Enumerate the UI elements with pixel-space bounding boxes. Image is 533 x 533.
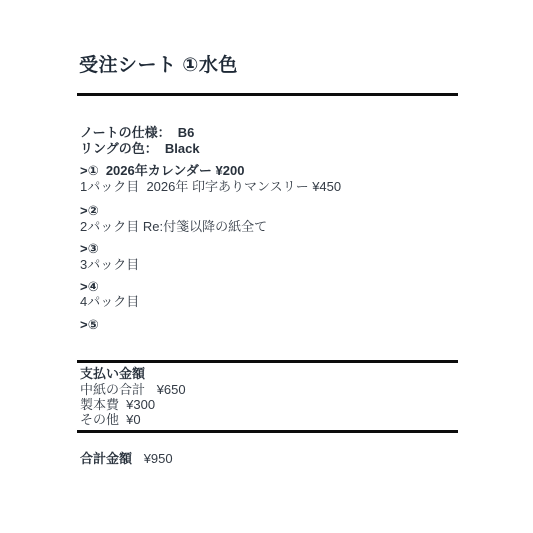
spec-ring: リングの色：Black xyxy=(80,141,200,157)
spec-ring-label: リングの色： xyxy=(80,141,158,156)
item-5-heading: >⑤ xyxy=(80,317,99,333)
spec-notebook-value: B6 xyxy=(178,125,195,140)
payment-row-other-label: その他 xyxy=(80,412,119,427)
item-1-detail: 1パック目 2026年 印字ありマンスリー ¥450 xyxy=(80,179,341,195)
payment-row-other-value: ¥0 xyxy=(126,412,140,427)
item-2-detail: 2パック目 Re:付箋以降の紙全て xyxy=(80,219,267,235)
spec-ring-value: Black xyxy=(165,141,200,156)
spec-notebook: ノートの仕様：B6 xyxy=(80,125,194,141)
page-title: 受注シート ①水色 xyxy=(79,55,238,77)
total-line: 合計金額¥950 xyxy=(80,451,173,467)
payment-row-binding-label: 製本費 xyxy=(80,397,119,412)
payment-row-binding-value: ¥300 xyxy=(126,397,155,412)
payment-row-other: その他¥0 xyxy=(80,412,141,428)
spec-notebook-label: ノートの仕様： xyxy=(80,125,171,140)
payment-row-paper-value: ¥650 xyxy=(157,382,186,397)
payment-row-binding: 製本費¥300 xyxy=(80,397,155,413)
item-3-detail: 3パック目 xyxy=(80,257,139,273)
payment-heading: 支払い金額 xyxy=(80,366,145,382)
divider-total xyxy=(77,430,458,433)
payment-row-paper: 中紙の合計¥650 xyxy=(80,382,186,398)
item-1-heading: >① 2026年カレンダー ¥200 xyxy=(80,163,244,179)
payment-row-paper-label: 中紙の合計 xyxy=(80,382,145,397)
item-4-heading: >④ xyxy=(80,279,99,295)
item-3-heading: >③ xyxy=(80,241,99,257)
order-sheet-page: 受注シート ①水色 ノートの仕様：B6 リングの色：Black >① 2026年… xyxy=(0,0,533,533)
item-2-heading: >② xyxy=(80,203,99,219)
divider-payment xyxy=(77,360,458,363)
item-4-detail: 4パック目 xyxy=(80,294,139,310)
total-label: 合計金額 xyxy=(80,451,132,466)
total-value: ¥950 xyxy=(144,451,173,466)
divider-top xyxy=(77,93,458,96)
